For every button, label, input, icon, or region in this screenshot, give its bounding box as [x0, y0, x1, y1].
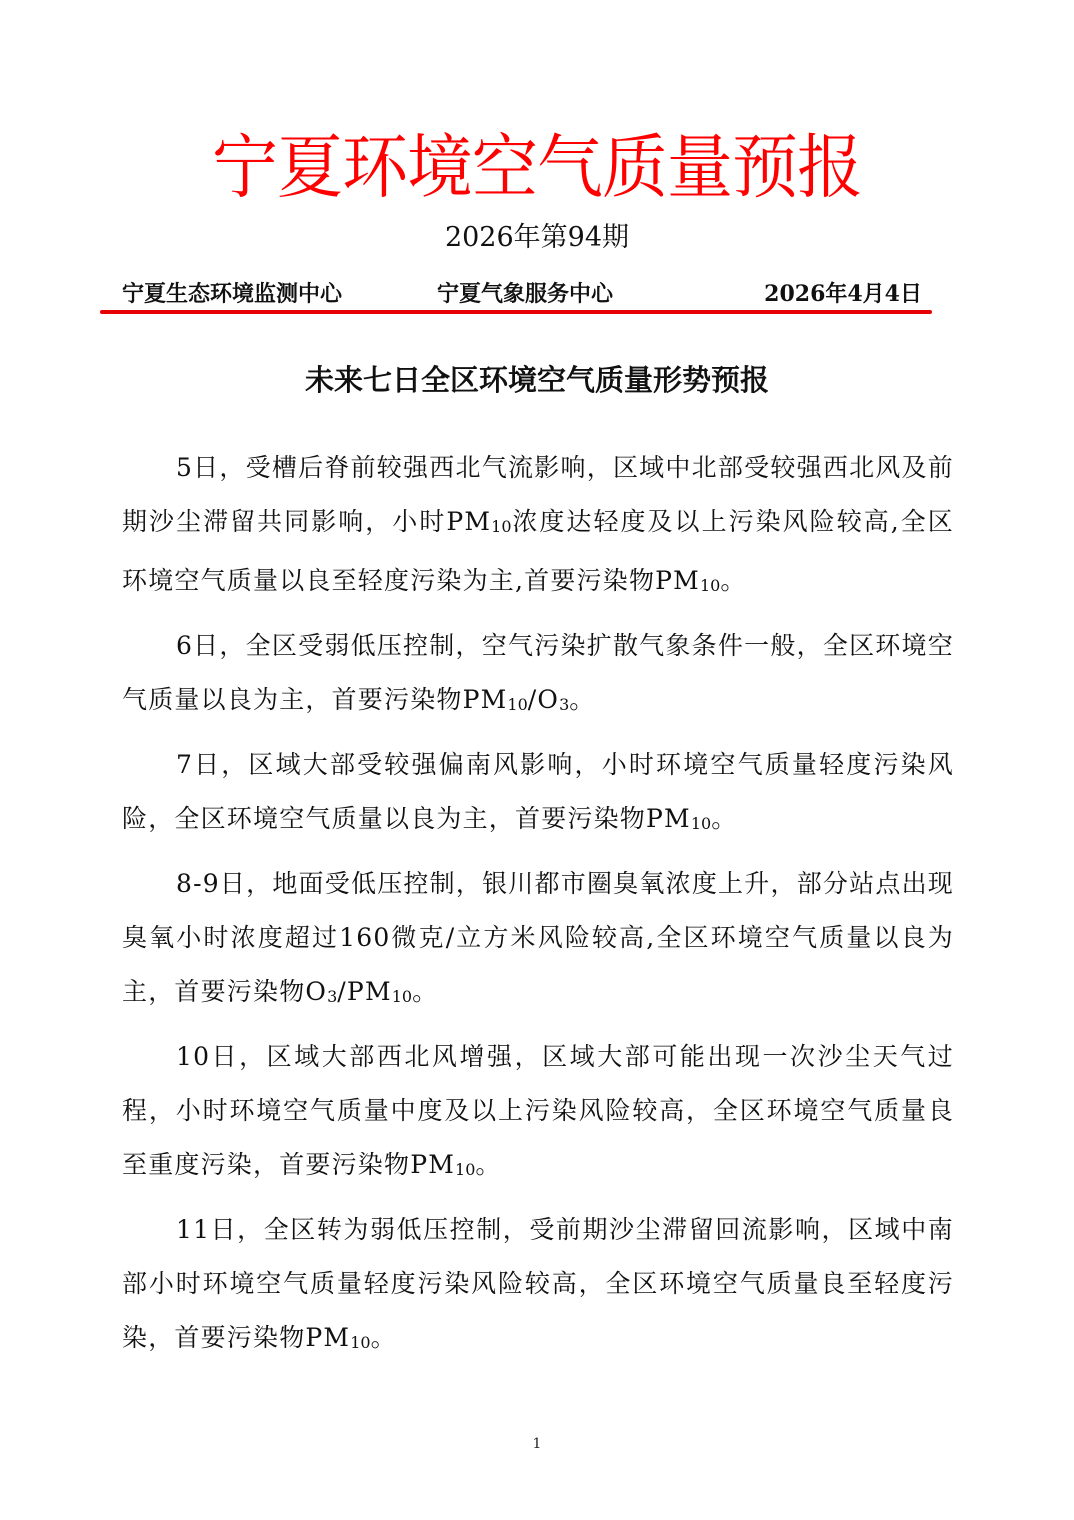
forecast-paragraph: 5日，受槽后脊前较强西北气流影响，区域中北部受较强西北风及前期沙尘滞留共同影响，… — [122, 441, 954, 613]
subscript: 10 — [491, 517, 511, 536]
forecast-paragraph: 6日，全区受弱低压控制，空气污染扩散气象条件一般，全区环境空气质量以良为主，首要… — [122, 619, 954, 732]
page-number: 1 — [0, 1436, 1074, 1452]
section-title: 未来七日全区环境空气质量形势预报 — [0, 358, 1074, 402]
document-page: 宁夏环境空气质量预报 2026年第94期 宁夏生态环境监测中心 宁夏气象服务中心… — [0, 0, 1074, 1520]
subscript: 10 — [700, 576, 720, 595]
forecast-paragraph: 8-9日，地面受低压控制，银川都市圈臭氧浓度上升，部分站点出现臭氧小时浓度超过1… — [122, 857, 954, 1024]
forecast-paragraph: 10日，区域大部西北风增强，区域大部可能出现一次沙尘天气过程，小时环境空气质量中… — [122, 1030, 954, 1197]
issuer-monitoring-center: 宁夏生态环境监测中心 — [122, 278, 342, 310]
red-divider — [100, 310, 932, 314]
issue-number: 2026年第94期 — [0, 218, 1074, 258]
subscript: 10 — [350, 1333, 370, 1352]
subscript: 10 — [392, 987, 412, 1006]
forecast-paragraph: 11日，全区转为弱低压控制，受前期沙尘滞留回流影响，区域中南部小时环境空气质量轻… — [122, 1203, 954, 1370]
issuer-weather-center: 宁夏气象服务中心 — [437, 278, 613, 310]
subscript: 10 — [691, 814, 711, 833]
masthead-title: 宁夏环境空气质量预报 — [0, 126, 1074, 210]
forecast-body: 5日，受槽后脊前较强西北气流影响，区域中北部受较强西北风及前期沙尘滞留共同影响，… — [122, 441, 954, 1376]
subscript: 10 — [455, 1160, 475, 1179]
subscript: 3 — [327, 987, 337, 1006]
forecast-paragraph: 7日，区域大部受较强偏南风影响，小时环境空气质量轻度污染风险，全区环境空气质量以… — [122, 738, 954, 851]
issue-date: 2026年4月4日 — [764, 278, 922, 310]
issuer-row: 宁夏生态环境监测中心 宁夏气象服务中心 2026年4月4日 — [122, 278, 932, 310]
subscript: 3 — [559, 695, 569, 714]
subscript: 10 — [507, 695, 527, 714]
